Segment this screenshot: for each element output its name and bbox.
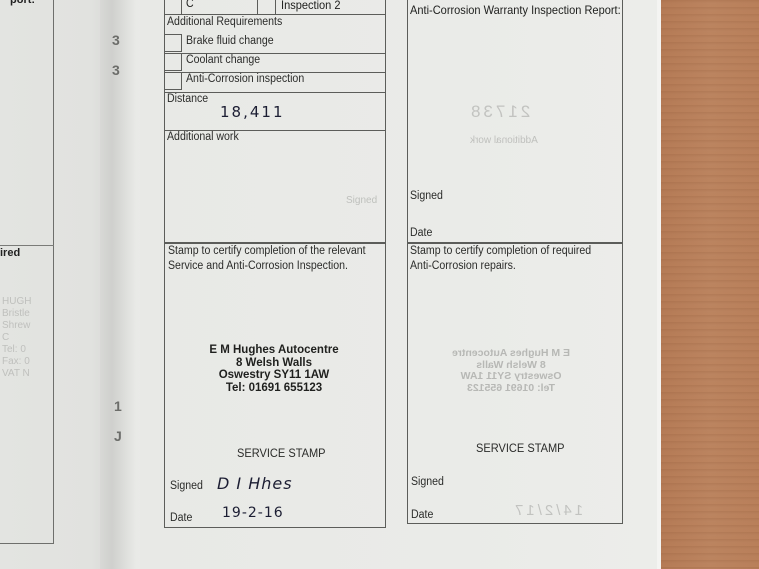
inspection-label: Inspection 2 bbox=[281, 0, 341, 12]
ac-stamp-caption-line1: Stamp to certify completion of required bbox=[410, 245, 591, 257]
staple-mark: J bbox=[114, 428, 122, 444]
report-heading: Anti-Corrosion Warranty Inspection Repor… bbox=[410, 3, 621, 17]
additional-work-field[interactable] bbox=[166, 146, 384, 238]
show-through-stamp: E M Hughes Autocentre 8 Welsh Walls Oswe… bbox=[436, 348, 586, 394]
date-value[interactable]: 19-2-16 bbox=[222, 505, 284, 521]
left-page-divider bbox=[0, 245, 54, 246]
ghost-stamp-line: Oswestry SY11 1AW bbox=[436, 371, 586, 383]
staple-mark: 3 bbox=[112, 62, 120, 78]
ac-stamp-date-label: Date bbox=[411, 509, 433, 521]
left-page-ghost-line: HUGH bbox=[2, 296, 31, 307]
divider bbox=[164, 14, 386, 15]
garage-phone: Tel: 01691 655123 bbox=[196, 382, 352, 395]
left-page-header-fragment: port: bbox=[10, 0, 35, 6]
requirement-label-anti-corrosion: Anti-Corrosion inspection bbox=[186, 73, 304, 85]
stamp-caption-line1: Stamp to certify completion of the relev… bbox=[168, 245, 366, 257]
signature-value[interactable]: D I Hhes bbox=[217, 474, 293, 493]
top-row-divider bbox=[181, 0, 182, 14]
wooden-table-surface bbox=[661, 0, 759, 569]
anti-corrosion-checkbox[interactable] bbox=[164, 72, 182, 90]
staple-mark: 3 bbox=[112, 32, 120, 48]
show-through-date: 14/2/17 bbox=[512, 502, 583, 519]
stamp-caption-line2: Service and Anti-Corrosion Inspection. bbox=[168, 260, 348, 272]
garage-street: 8 Welsh Walls bbox=[196, 357, 352, 370]
ac-signed-label: Signed bbox=[410, 190, 443, 202]
requirement-label-coolant: Coolant change bbox=[186, 54, 260, 66]
requirement-label-brake-fluid: Brake fluid change bbox=[186, 35, 274, 47]
staple-mark: 1 bbox=[114, 398, 122, 414]
show-through-signed: Signed bbox=[346, 195, 377, 206]
garage-stamp: E M Hughes Autocentre 8 Welsh Walls Oswe… bbox=[196, 344, 352, 394]
top-row-divider bbox=[257, 0, 258, 14]
date-label: Date bbox=[170, 512, 192, 524]
ac-stamp-caption-line2: Anti-Corrosion repairs. bbox=[410, 260, 516, 272]
additional-work-label: Additional work bbox=[167, 131, 239, 143]
service-stamp-label: SERVICE STAMP bbox=[237, 446, 326, 460]
left-page-ghost-line: C bbox=[2, 332, 9, 343]
brake-fluid-checkbox[interactable] bbox=[164, 34, 182, 52]
left-page-stamp-fragment: ired bbox=[0, 247, 20, 259]
anti-corrosion-upper-box bbox=[407, 0, 623, 244]
show-through-label: Additional work bbox=[470, 135, 538, 146]
left-page: port: ired HUGH Bristle Shrew C Tel: 0 F… bbox=[0, 0, 114, 569]
garage-name: E M Hughes Autocentre bbox=[196, 344, 352, 357]
left-page-ghost-line: Fax: 0 bbox=[2, 356, 30, 367]
ac-service-stamp-label: SERVICE STAMP bbox=[476, 441, 565, 455]
signed-label: Signed bbox=[170, 480, 203, 492]
top-row-divider bbox=[275, 0, 276, 14]
top-row-letter: C bbox=[186, 0, 194, 10]
left-page-ghost-line: VAT N bbox=[2, 368, 30, 379]
ghost-stamp-line: Tel: 01691 655123 bbox=[436, 383, 586, 395]
left-page-form-frame bbox=[0, 0, 54, 544]
distance-value[interactable]: 18,411 bbox=[220, 103, 285, 121]
show-through-distance: 21738 bbox=[468, 102, 530, 122]
coolant-checkbox[interactable] bbox=[164, 53, 182, 71]
ghost-stamp-line: E M Hughes Autocentre bbox=[436, 348, 586, 360]
additional-requirements-heading: Additional Requirements bbox=[167, 16, 282, 28]
ac-date-label: Date bbox=[410, 227, 432, 239]
ac-stamp-signed-label: Signed bbox=[411, 476, 444, 488]
distance-label: Distance bbox=[167, 93, 208, 105]
left-page-ghost-line: Shrew bbox=[2, 320, 30, 331]
garage-town: Oswestry SY11 1AW bbox=[196, 369, 352, 382]
left-page-ghost-line: Tel: 0 bbox=[2, 344, 26, 355]
left-page-ghost-line: Bristle bbox=[2, 308, 30, 319]
